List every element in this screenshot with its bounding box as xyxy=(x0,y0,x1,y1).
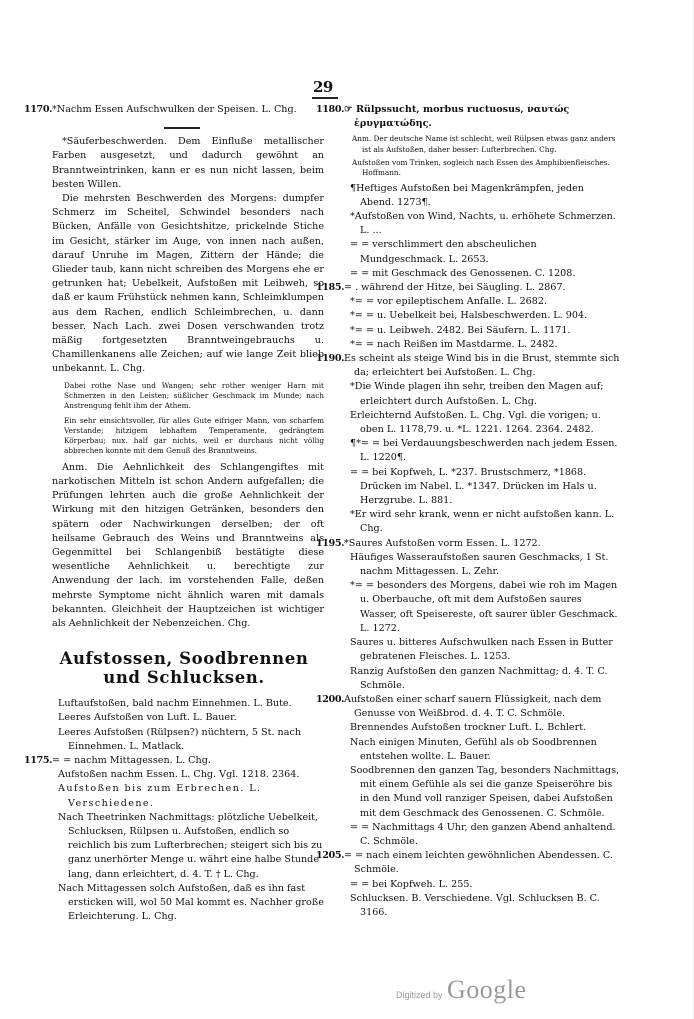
list-item: Häufiges Wasseraufstoßen sauren Geschmac… xyxy=(344,551,621,579)
section-heading-line-2: und Schlucksen. xyxy=(44,668,324,687)
entry-number: 1175. xyxy=(24,754,52,768)
entry-number: 1205. xyxy=(316,849,344,863)
section-heading-line-1: Aufstossen, Soodbrennen xyxy=(44,649,324,668)
list-item: Aufstoßen bis zum Erbrechen. L. Verschie… xyxy=(52,782,324,810)
entry-1200: 1200.Aufstoßen einer scharf sauern Flüss… xyxy=(344,693,621,721)
watermark-prefix: Digitized by xyxy=(396,990,443,1000)
list-item: Soodbrennen den ganzen Tag, besonders Na… xyxy=(344,764,621,821)
list-item: Nach Theetrinken Nachmittags: plötzliche… xyxy=(52,811,324,882)
list-item: Schlucksen. B. Verschiedene. Vgl. Schluc… xyxy=(344,892,621,920)
entry-number: 1190. xyxy=(316,352,344,366)
entry-number: 1170. xyxy=(24,103,52,117)
list-item: *= = u. Leibweh. 2482. Bei Säufern. L. 1… xyxy=(344,324,621,338)
section-divider xyxy=(164,127,200,129)
entry-number: 1185. xyxy=(316,281,344,295)
list-item: Nach Mittagessen solch Aufstoßen, daß es… xyxy=(52,882,324,925)
entry-1195: 1195.*Saures Aufstoßen vorm Essen. L. 12… xyxy=(344,537,621,551)
case-note-1: Dabei rothe Nase und Wangen; sehr rother… xyxy=(64,381,324,412)
list-item: Nach einigen Minuten, Gefühl als ob Sood… xyxy=(344,736,621,764)
entry-text: Es scheint als steige Wind bis in die Br… xyxy=(344,353,619,378)
list-item: = = mit Geschmack des Genossenen. C. 120… xyxy=(344,267,621,281)
entry-1175: 1175.= = nachm Mittagessen. L. Chg. xyxy=(52,754,324,768)
entry-text: Aufstoßen einer scharf sauern Flüssigkei… xyxy=(344,694,601,719)
list-item: Luftaufstoßen, bald nachm Einnehmen. L. … xyxy=(52,697,324,711)
list-item: ¶Heftiges Aufstoßen bei Magenkrämpfen, j… xyxy=(344,182,621,210)
entry-text: *Saures Aufstoßen vorm Essen. L. 1272. xyxy=(344,538,541,549)
list-item: = = verschlimmert den abscheulichen Mund… xyxy=(344,238,621,266)
list-item: *Aufstoßen von Wind, Nachts, u. erhöhete… xyxy=(344,210,621,238)
list-item: = = bei Kopfweh, L. *237. Brustschmerz, … xyxy=(344,466,621,509)
header-rule xyxy=(312,97,338,99)
list-item: *Er wird sehr krank, wenn er nicht aufst… xyxy=(344,508,621,536)
list-item: Leeres Aufstoßen von Luft. L. Bauer. xyxy=(52,711,324,725)
left-column: 1170.*Nachm Essen Aufschwulken der Speis… xyxy=(52,103,324,924)
digitized-by-watermark: Digitized by Google xyxy=(396,975,527,1005)
entry-text: = = nachm Mittagessen. L. Chg. xyxy=(52,755,211,766)
list-item: Brennendes Aufstoßen trockner Luft. L. B… xyxy=(344,721,621,735)
annotation-note: Anm. Der deutsche Name ist schlecht, wei… xyxy=(352,134,621,155)
list-item: Leeres Aufstoßen (Rülpsen?) nüchtern, 5 … xyxy=(52,726,324,754)
entry-text: *Nachm Essen Aufschwulken der Speisen. L… xyxy=(52,104,297,115)
entry-number: 1180. xyxy=(316,103,344,117)
case-intro: *Säuferbeschwerden. Dem Einfluße metalli… xyxy=(52,135,324,192)
case-note-2: Ein sehr einsichtsvoller, für alles Gute… xyxy=(64,416,324,457)
entry-text: = . während der Hitze, bei Säugling. L. … xyxy=(344,282,566,293)
list-item: *= = vor epileptischem Anfalle. L. 2682. xyxy=(344,295,621,309)
google-logo-text: Google xyxy=(447,975,527,1004)
entry-number: 1195. xyxy=(316,537,344,551)
list-item: = = bei Kopfweh. L. 255. xyxy=(344,878,621,892)
case-body: Die mehrsten Beschwerden des Morgens: du… xyxy=(52,192,324,377)
entry-text: = = nach einem leichten gewöhnlichen Abe… xyxy=(344,850,613,875)
list-item: Aufstoßen nachm Essen. L. Chg. Vgl. 1218… xyxy=(52,768,324,782)
entry-text: ☞ Rülpssucht, morbus ructuosus, ναυτώς ἐ… xyxy=(344,104,569,129)
entry-1185: 1185.= . während der Hitze, bei Säugling… xyxy=(344,281,621,295)
entry-1170: 1170.*Nachm Essen Aufschwulken der Speis… xyxy=(52,103,324,117)
annotation-paragraph: Anm. Die Aehnlichkeit des Schlangengifte… xyxy=(52,461,324,631)
source-note: Aufstoßen vom Trinken, sogleich nach Ess… xyxy=(352,158,621,179)
list-item: = = Nachmittags 4 Uhr, den ganzen Abend … xyxy=(344,821,621,849)
list-item: Saures u. bitteres Aufschwulken nach Ess… xyxy=(344,636,621,664)
entry-1205: 1205.= = nach einem leichten gewöhnliche… xyxy=(344,849,621,877)
list-item: Ranzig Aufstoßen den ganzen Nachmittag; … xyxy=(344,665,621,693)
entry-1190: 1190.Es scheint als steige Wind bis in d… xyxy=(344,352,621,380)
entry-1180: 1180.☞ Rülpssucht, morbus ructuosus, ναυ… xyxy=(344,103,621,131)
page-number: 29 xyxy=(313,78,333,96)
entry-number: 1200. xyxy=(316,693,344,707)
list-item: *Die Winde plagen ihn sehr, treiben den … xyxy=(344,380,621,408)
right-column: 1180.☞ Rülpssucht, morbus ructuosus, ναυ… xyxy=(344,103,621,920)
list-item: *= = nach Reißen im Mastdarme. L. 2482. xyxy=(344,338,621,352)
list-item: ¶*= = bei Verdauungsbeschwerden nach jed… xyxy=(344,437,621,465)
list-item: *= = besonders des Morgens, dabei wie ro… xyxy=(344,579,621,636)
section-heading: Aufstossen, Soodbrennen und Schlucksen. xyxy=(44,649,324,687)
list-item: *= = u. Uebelkeit bei, Halsbeschwerden. … xyxy=(344,309,621,323)
list-item: Erleichternd Aufstoßen. L. Chg. Vgl. die… xyxy=(344,409,621,437)
